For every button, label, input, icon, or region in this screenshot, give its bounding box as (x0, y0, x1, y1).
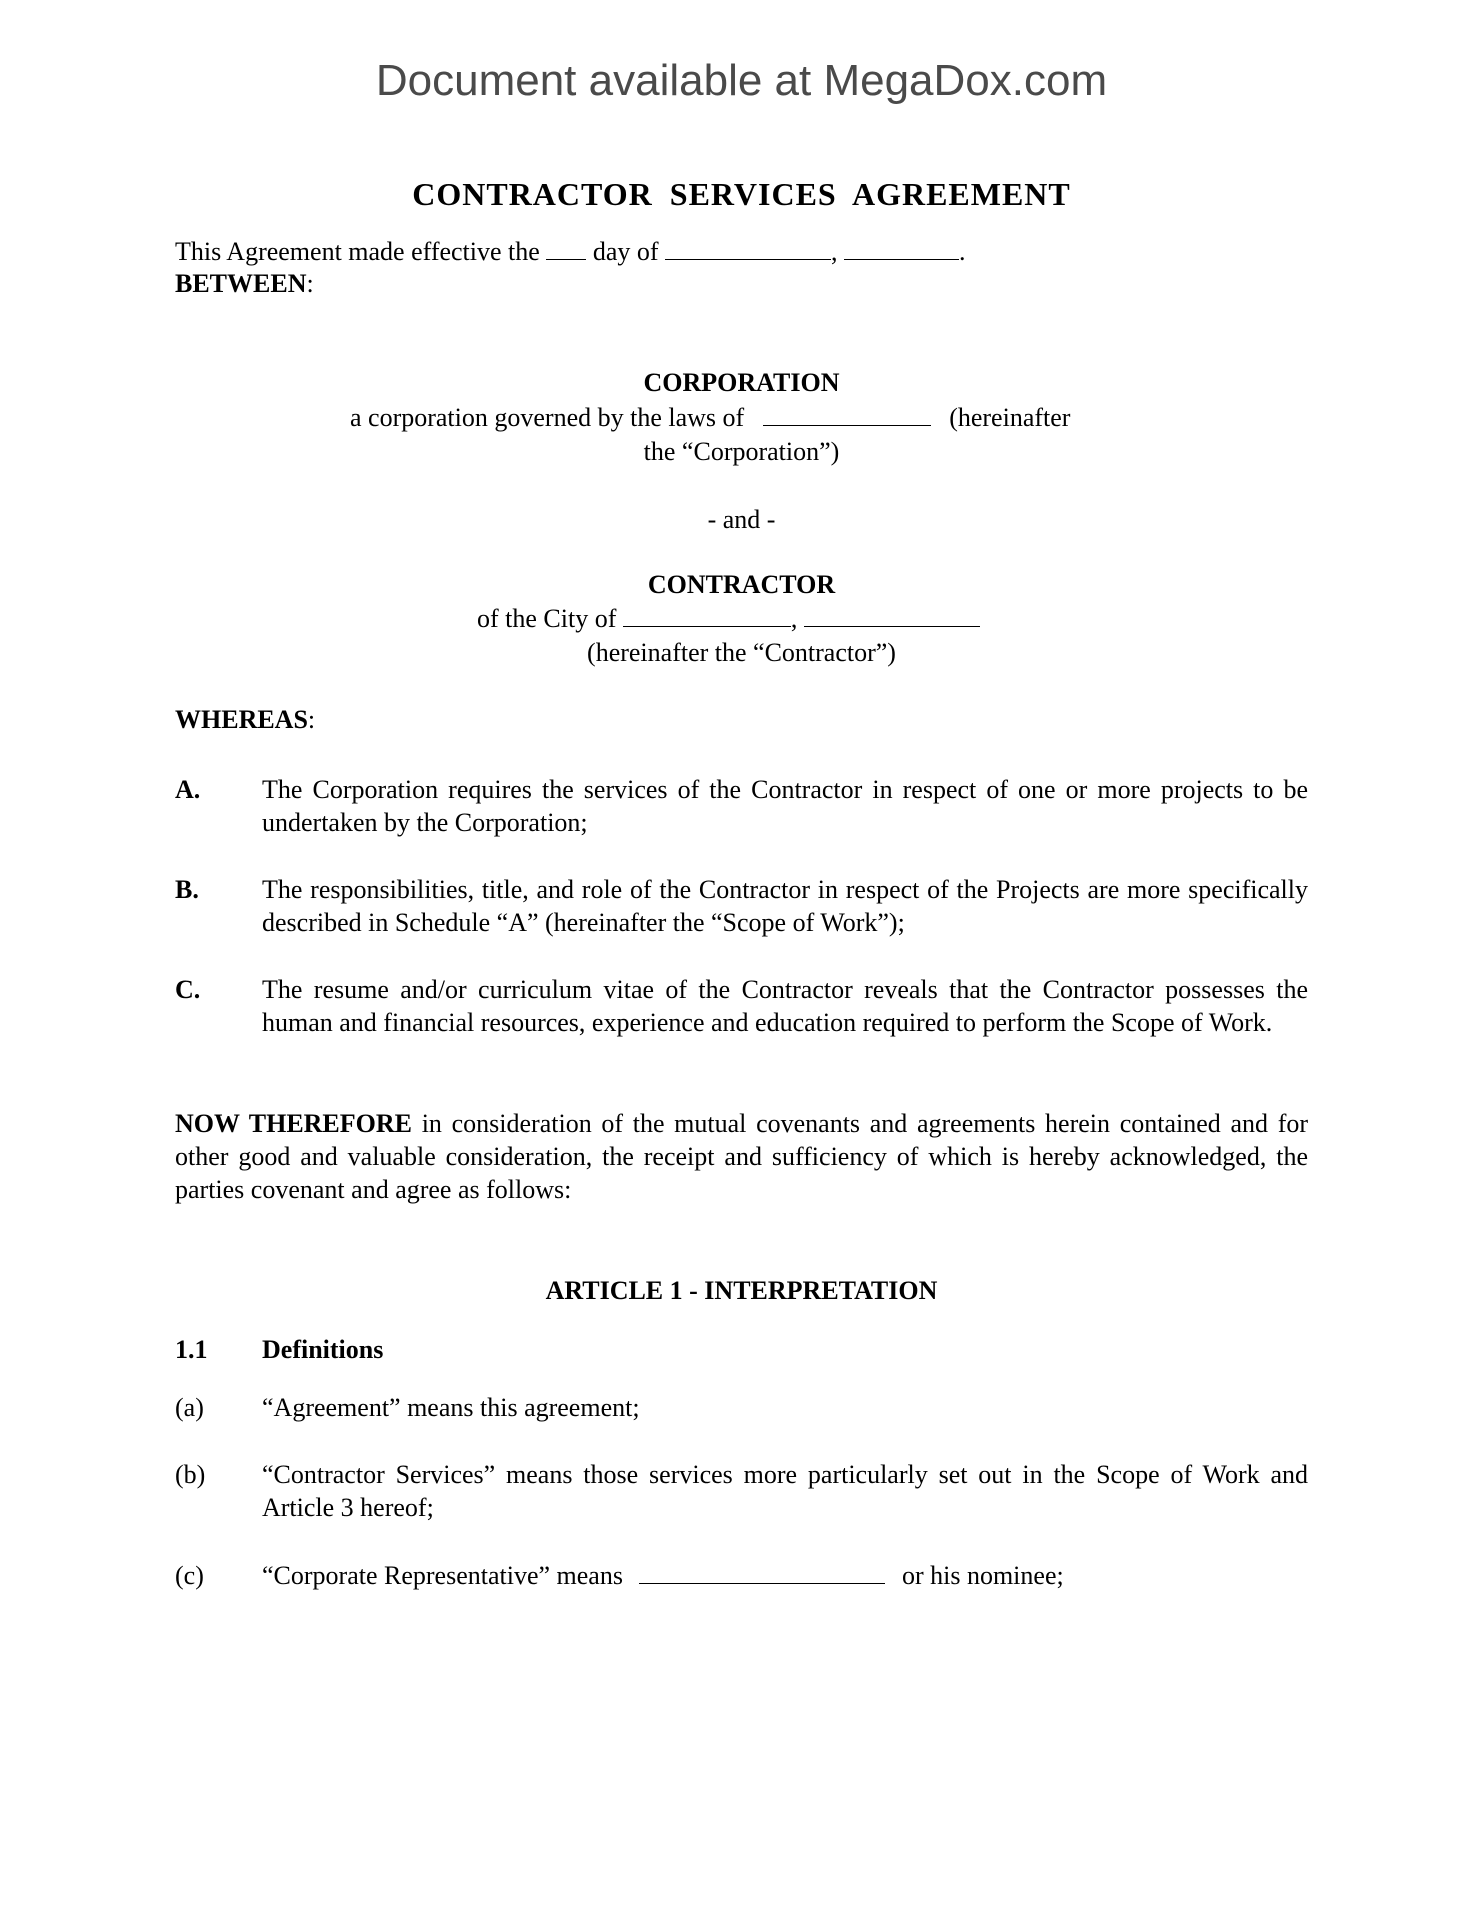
party2-hereinafter: (hereinafter the “Contractor”) (0, 637, 1483, 669)
month-blank[interactable] (665, 237, 831, 260)
colon: : (307, 269, 314, 298)
comma: , (831, 237, 838, 266)
between-text: BETWEEN (175, 269, 307, 298)
party1-hereinafter: the “Corporation”) (0, 436, 1483, 468)
effective-prefix: This Agreement made effective the (175, 237, 540, 266)
jurisdiction-blank[interactable] (763, 403, 931, 426)
recital-a-text: The Corporation requires the services of… (262, 773, 1308, 839)
effective-date-line: This Agreement made effective the day of… (175, 236, 966, 268)
section-number: 1.1 (175, 1333, 208, 1366)
recital-c-label: C. (175, 973, 200, 1006)
year-blank[interactable] (844, 237, 959, 260)
and-separator: - and - (0, 504, 1483, 536)
colon: : (308, 705, 315, 734)
recital-b-text: The responsibilities, title, and role of… (262, 873, 1308, 939)
definition-b-label: (b) (175, 1458, 205, 1491)
laws-prefix: a corporation governed by the laws of (350, 403, 744, 432)
now-therefore-bold: NOW THEREFORE (175, 1109, 412, 1138)
recital-a-label: A. (175, 773, 200, 806)
city-blank[interactable] (623, 604, 791, 627)
definition-c-suffix: or his nominee; (902, 1561, 1064, 1590)
laws-suffix: (hereinafter (949, 403, 1070, 432)
between-label: BETWEEN: (175, 268, 314, 300)
definition-b-text: “Contractor Services” means those servic… (262, 1458, 1308, 1524)
recital-b-label: B. (175, 873, 199, 906)
definition-c-prefix: “Corporate Representative” means (262, 1561, 623, 1590)
definition-a-text: “Agreement” means this agreement; (262, 1391, 1308, 1424)
article-1-heading: ARTICLE 1 - INTERPRETATION (0, 1275, 1483, 1307)
whereas-text: WHEREAS (175, 705, 308, 734)
period: . (959, 237, 966, 266)
document-title: CONTRACTOR SERVICES AGREEMENT (0, 176, 1483, 213)
whereas-label: WHEREAS: (175, 704, 315, 736)
megadox-banner: Document available at MegaDox.com (0, 56, 1483, 106)
now-therefore-paragraph: NOW THEREFORE in consideration of the mu… (175, 1107, 1308, 1206)
definition-a-label: (a) (175, 1391, 204, 1424)
definition-c-label: (c) (175, 1559, 204, 1592)
party2-name: CONTRACTOR (0, 569, 1483, 601)
party1-name: CORPORATION (0, 367, 1483, 399)
city-prefix: of the City of (477, 604, 616, 633)
province-blank[interactable] (804, 604, 980, 627)
recital-c-text: The resume and/or curriculum vitae of th… (262, 973, 1308, 1039)
representative-blank[interactable] (639, 1561, 885, 1584)
party2-city-line: of the City of , (477, 603, 980, 635)
definition-c-text: “Corporate Representative” means or his … (262, 1559, 1064, 1592)
party1-laws-line: a corporation governed by the laws of (h… (350, 402, 1070, 434)
day-blank[interactable] (546, 237, 586, 260)
day-of-text: day of (593, 237, 659, 266)
comma: , (791, 604, 798, 633)
section-title: Definitions (262, 1333, 383, 1366)
